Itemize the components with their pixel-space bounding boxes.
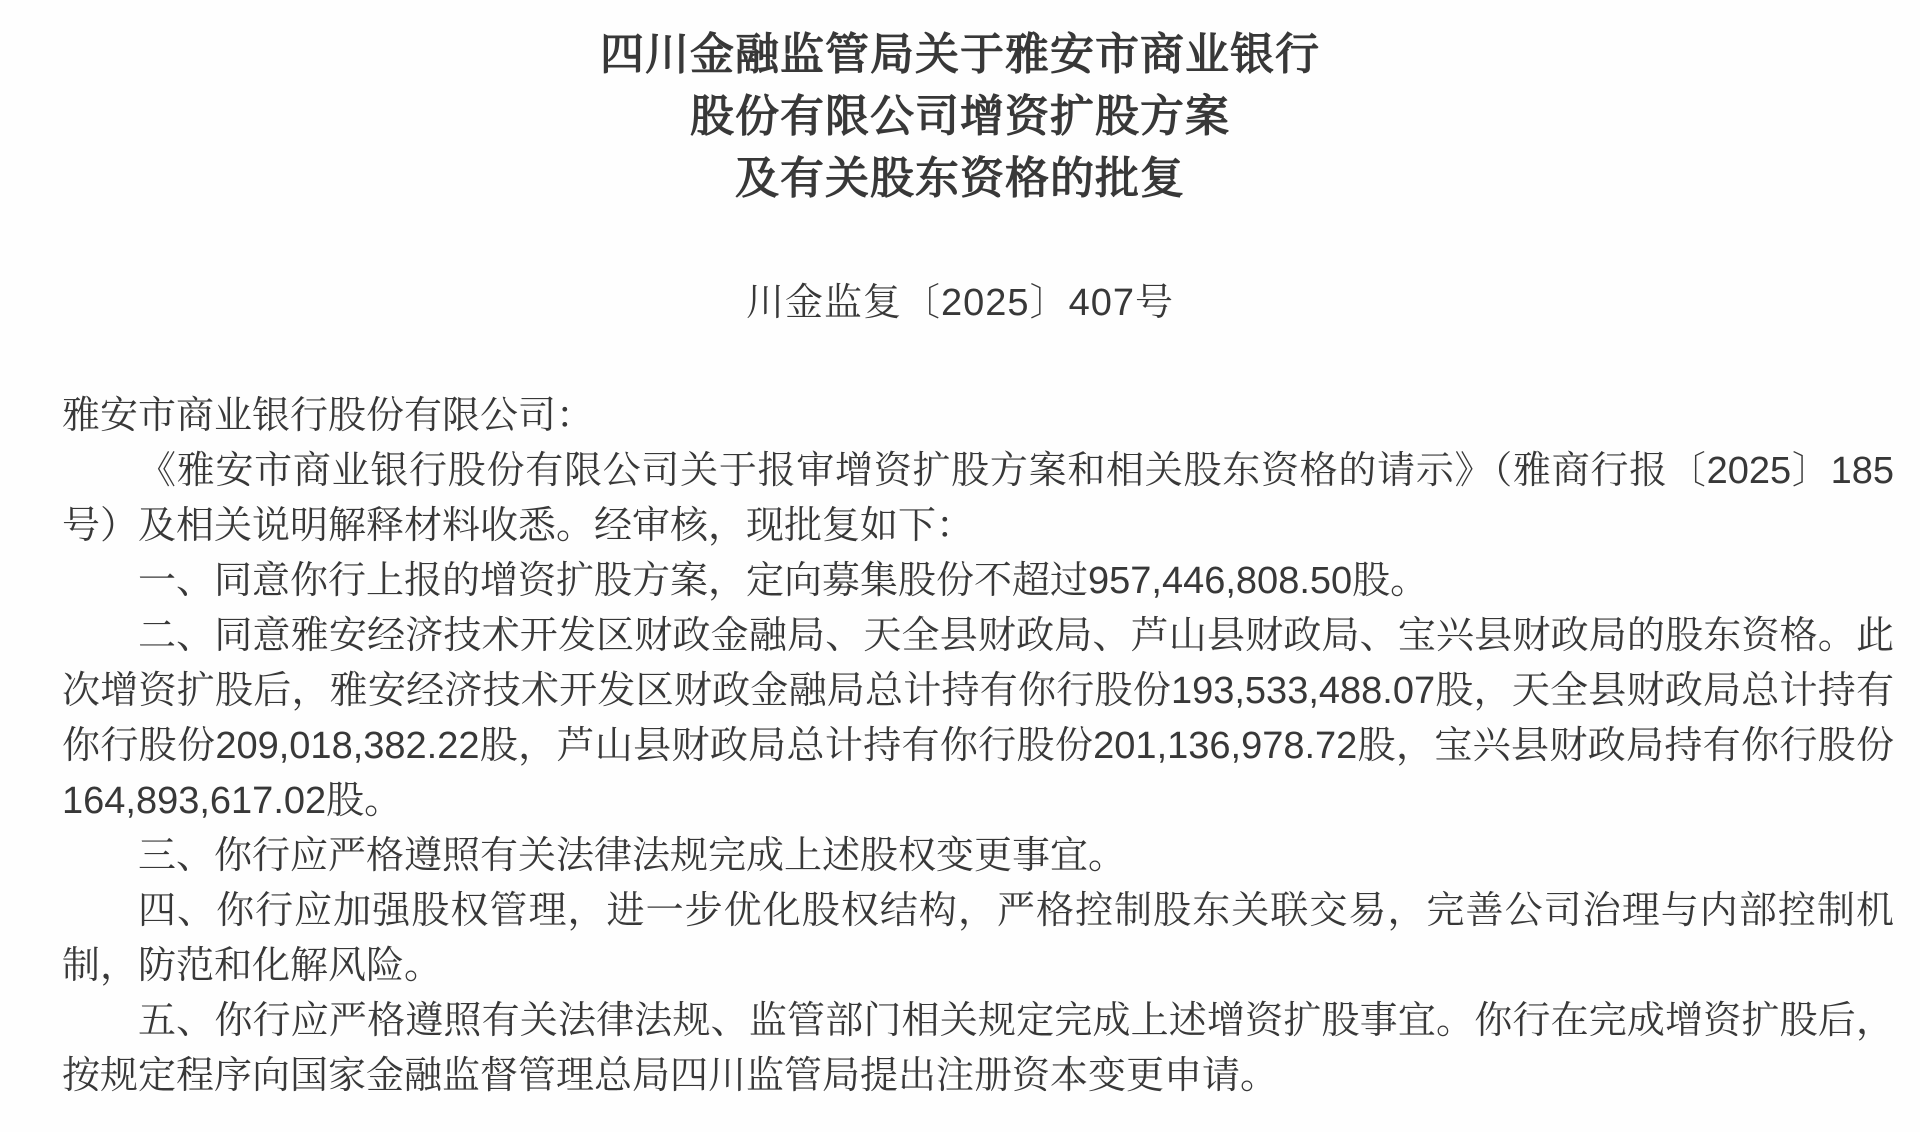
paragraph-item-3: 三、你行应严格遵照有关法律法规完成上述股权变更事宜。 (62, 829, 1894, 884)
official-approval-document: 四川金融监管局关于雅安市商业银行 股份有限公司增资扩股方案 及有关股东资格的批复… (0, 0, 1920, 1132)
document-body: 雅安市商业银行股份有限公司： 《雅安市商业银行股份有限公司关于报审增资扩股方案和… (62, 389, 1894, 1104)
document-reference-number: 川金监复〔2025〕407号 (62, 276, 1858, 331)
document-title: 四川金融监管局关于雅安市商业银行 股份有限公司增资扩股方案 及有关股东资格的批复 (62, 24, 1858, 210)
paragraph-intro: 《雅安市商业银行股份有限公司关于报审增资扩股方案和相关股东资格的请示》（雅商行报… (62, 444, 1894, 554)
paragraph-item-2: 二、同意雅安经济技术开发区财政金融局、天全县财政局、芦山县财政局、宝兴县财政局的… (62, 609, 1894, 829)
paragraph-item-4: 四、你行应加强股权管理，进一步优化股权结构，严格控制股东关联交易，完善公司治理与… (62, 884, 1894, 994)
addressee-salutation: 雅安市商业银行股份有限公司： (62, 389, 1894, 444)
paragraph-item-5: 五、你行应严格遵照有关法律法规、监管部门相关规定完成上述增资扩股事宜。你行在完成… (62, 994, 1894, 1104)
document-title-line-1: 四川金融监管局关于雅安市商业银行 (62, 24, 1858, 86)
document-title-line-2: 股份有限公司增资扩股方案 (62, 86, 1858, 148)
paragraph-item-1: 一、同意你行上报的增资扩股方案，定向募集股份不超过957,446,808.50股… (62, 554, 1894, 609)
document-title-line-3: 及有关股东资格的批复 (62, 148, 1858, 210)
